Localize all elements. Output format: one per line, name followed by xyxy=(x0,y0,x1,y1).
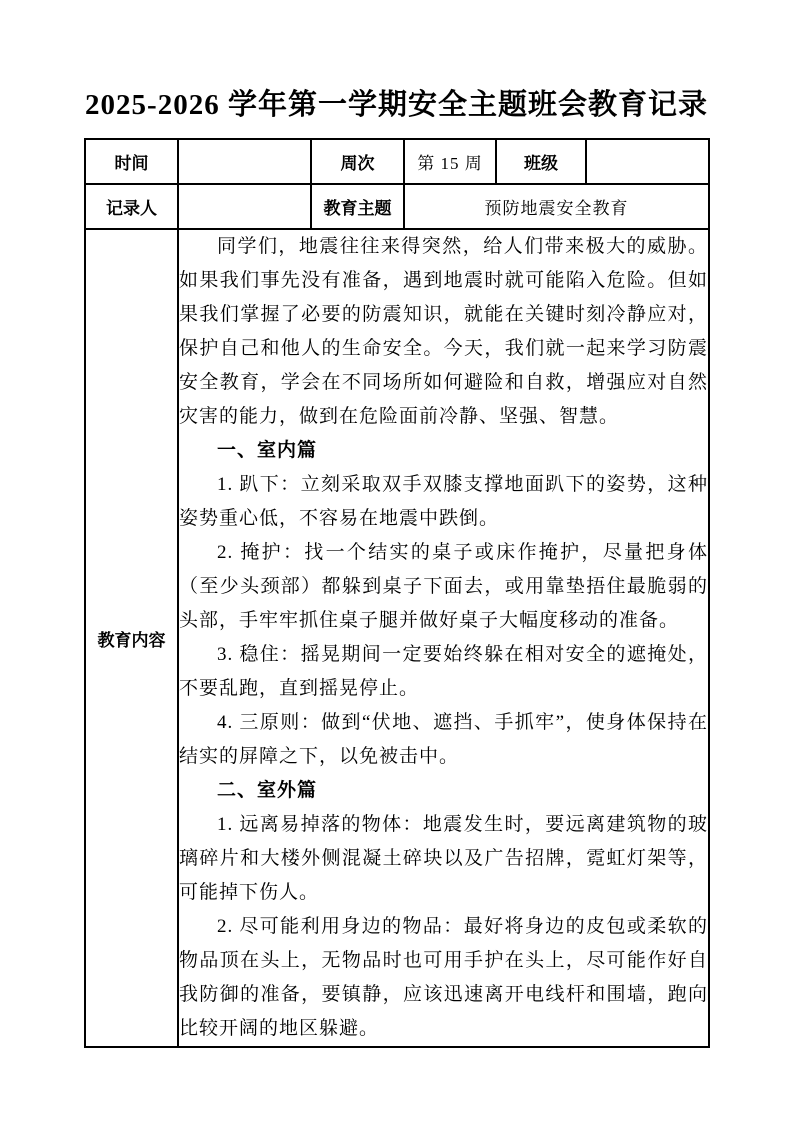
content-label: 教育内容 xyxy=(85,229,178,1047)
recorder-value-field[interactable] xyxy=(178,184,311,229)
document-title: 2025-2026 学年第一学期安全主题班会教育记录 xyxy=(0,82,793,123)
week-label: 周次 xyxy=(311,139,404,184)
content-paragraph: 4. 三原则：做到“伏地、遮挡、手抓牢”，使身体保持在结实的屏障之下，以免被击中… xyxy=(179,706,708,774)
theme-label: 教育主题 xyxy=(311,184,404,229)
record-table: 时间 周次 第 15 周 班级 记录人 教育主题 预防地震安全教育 教育内容 同… xyxy=(84,138,710,1048)
table-row: 记录人 教育主题 预防地震安全教育 xyxy=(85,184,709,229)
content-paragraph: 1. 趴下：立刻采取双手双膝支撑地面趴下的姿势，这种姿势重心低，不容易在地震中跌… xyxy=(179,468,708,536)
content-paragraph: 同学们，地震往往来得突然，给人们带来极大的威胁。如果我们事先没有准备，遇到地震时… xyxy=(179,230,708,434)
table-row: 时间 周次 第 15 周 班级 xyxy=(85,139,709,184)
week-value: 第 15 周 xyxy=(404,139,496,184)
time-value-field[interactable] xyxy=(178,139,311,184)
content-cell: 同学们，地震往往来得突然，给人们带来极大的威胁。如果我们事先没有准备，遇到地震时… xyxy=(178,229,709,1047)
content-paragraph: 2. 尽可能利用身边的物品：最好将身边的皮包或柔软的物品顶在头上，无物品时也可用… xyxy=(179,910,708,1046)
document-page: 2025-2026 学年第一学期安全主题班会教育记录 时间 周次 第 15 周 … xyxy=(0,0,793,1122)
recorder-label: 记录人 xyxy=(85,184,178,229)
class-label: 班级 xyxy=(496,139,586,184)
section-heading-indoor: 一、室内篇 xyxy=(179,434,708,468)
section-heading-outdoor: 二、室外篇 xyxy=(179,774,708,808)
content-paragraph: 2. 掩护：找一个结实的桌子或床作掩护，尽量把身体（至少头颈部）都躲到桌子下面去… xyxy=(179,536,708,638)
class-value-field[interactable] xyxy=(586,139,709,184)
content-paragraph: 3. 稳住：摇晃期间一定要始终躲在相对安全的遮掩处，不要乱跑，直到摇晃停止。 xyxy=(179,638,708,706)
content-paragraph: 1. 远离易掉落的物体：地震发生时，要远离建筑物的玻璃碎片和大楼外侧混凝土碎块以… xyxy=(179,808,708,910)
table-row: 教育内容 同学们，地震往往来得突然，给人们带来极大的威胁。如果我们事先没有准备，… xyxy=(85,229,709,1047)
theme-value: 预防地震安全教育 xyxy=(404,184,709,229)
time-label: 时间 xyxy=(85,139,178,184)
